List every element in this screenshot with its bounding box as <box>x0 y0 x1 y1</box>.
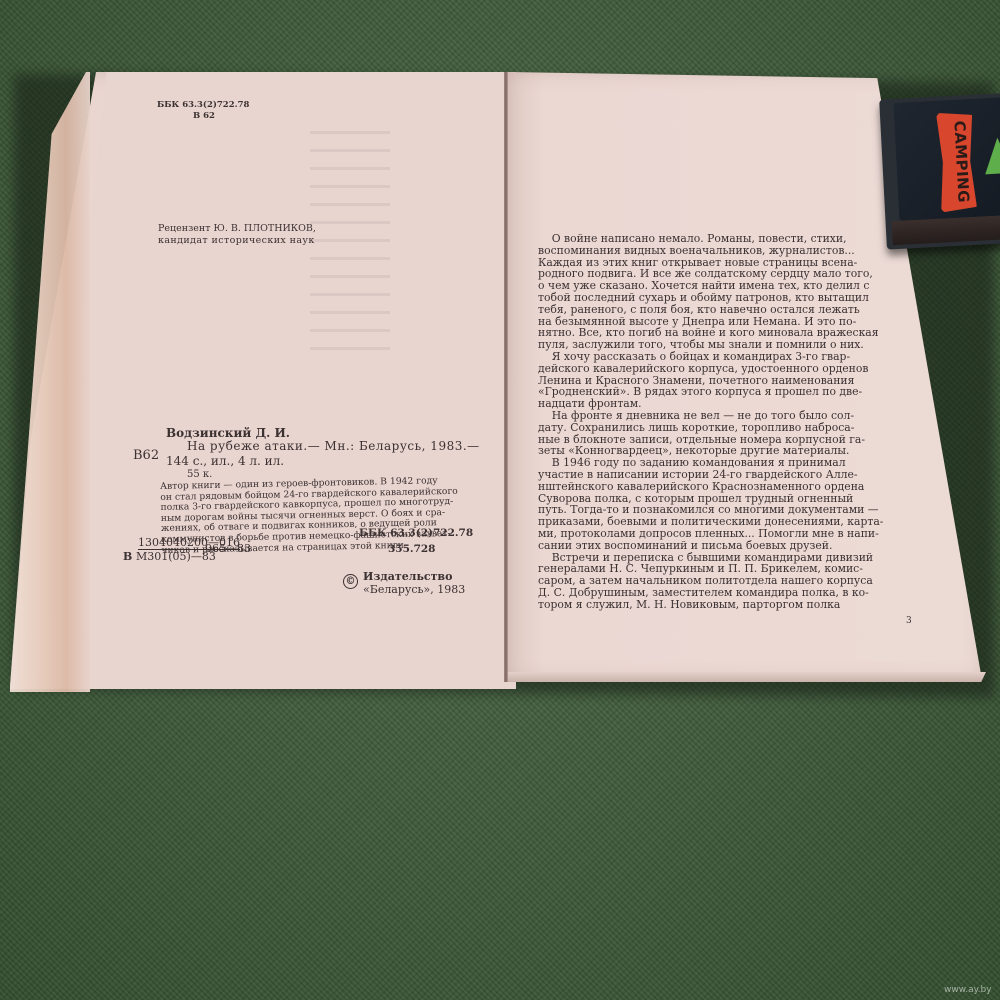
book-gutter <box>504 72 508 682</box>
catalog-mark: В62 <box>133 449 159 462</box>
matchbox-top: CAMPING <box>893 96 1000 220</box>
watermark: www.ay.by <box>944 985 992 995</box>
publisher-line: Издательство <box>363 571 452 582</box>
index-letter: В <box>123 551 132 562</box>
price: 55 к. <box>187 470 212 480</box>
author-name: Водзинский Д. И. <box>166 427 290 439</box>
page-number: 3 <box>906 617 912 626</box>
book-title-line: На рубеже атаки.— Мн.: Беларусь, 1983.— <box>187 440 480 452</box>
author-mark-top: В 62 <box>193 112 215 121</box>
bbk-code-top: ББК 63.3(2)722.78 <box>157 101 249 110</box>
copyright-icon: © <box>343 574 358 589</box>
matchbox: CAMPING <box>879 92 1000 249</box>
camping-label: CAMPING <box>940 115 973 208</box>
reviewer-title: кандидат исторических наук <box>158 236 315 246</box>
udc-code: 355.728 <box>388 544 436 555</box>
publisher-name-year: «Беларусь», 1983 <box>363 584 465 595</box>
bbk-code-bottom: ББК 63.3(2)722.78 <box>359 528 473 539</box>
tree-icon <box>983 137 1000 174</box>
index-suffix: 065—83 <box>205 543 251 554</box>
page-body-text: О войне написано немало. Романы, повести… <box>538 233 883 611</box>
show-through-text <box>310 130 390 350</box>
reviewer-line: Рецензент Ю. В. ПЛОТНИКОВ, <box>158 224 316 234</box>
right-page-edge <box>506 672 986 682</box>
left-page-inner <box>40 72 516 689</box>
index-denominator: М301(05)—83 <box>136 551 216 562</box>
pages-line: 144 с., ил., 4 л. ил. <box>166 455 284 467</box>
